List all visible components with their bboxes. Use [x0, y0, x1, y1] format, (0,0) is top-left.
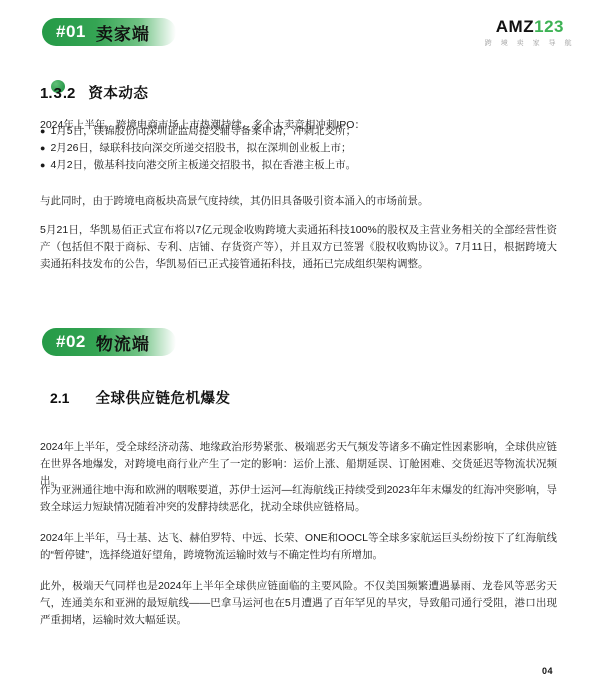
seller-paragraph: 与此同时，由于跨境电商板块高景气度持续，其仍旧具备吸引资本涌入的市场前景。 — [40, 193, 557, 210]
logistics-paragraph: 此外，极端天气同样也是2024年上半年全球供应链面临的主要风险。不仅美国频繁遭遇… — [40, 578, 557, 629]
bullet-icon: ● — [40, 123, 45, 140]
section-title: 全球供应链危机爆发 — [95, 387, 230, 408]
page-number: 04 — [542, 666, 553, 676]
page-header: #01 卖家端 AMZ123 跨 境 卖 家 导 航 — [42, 18, 575, 47]
chapter-number: #01 — [56, 22, 86, 42]
section-number-highlight: 3 — [53, 85, 63, 102]
chapter-label: 卖家端 — [96, 20, 150, 45]
logistics-paragraph: 2024年上半年，马士基、达飞、赫伯罗特、中远、长荣、ONE和OOCL等全球多家… — [40, 530, 557, 564]
section-title: 资本动态 — [88, 82, 148, 103]
chapter-badge-logistics-row: #02 物流端 — [42, 328, 176, 356]
section-number: 2.1 — [46, 386, 73, 408]
logo-tagline: 跨 境 卖 家 导 航 — [485, 40, 575, 47]
chapter-number: #02 — [56, 332, 86, 352]
section-number-text: 2.1 — [50, 390, 69, 406]
section-number-right: .2 — [63, 85, 76, 102]
logo-suffix: 123 — [534, 17, 564, 36]
list-item-text: 2月26日，绿联科技向深交所递交招股书，拟在深圳创业板上市； — [50, 140, 351, 157]
logistics-paragraph: 作为亚洲通往地中海和欧洲的咽喉要道，苏伊士运河—红海航线正持续受到2023年年末… — [40, 482, 557, 516]
chapter-badge-logistics: #02 物流端 — [42, 328, 176, 356]
list-item: ● 1月5日，镁锦股份向深圳证监局提交辅导备案申请，冲刺北交所； — [40, 123, 557, 140]
list-item: ● 2月26日，绿联科技向深交所递交招股书，拟在深圳创业板上市； — [40, 140, 557, 157]
list-item-text: 1月5日，镁锦股份向深圳证监局提交辅导备案申请，冲刺北交所； — [50, 123, 356, 140]
ipo-bullet-list: ● 1月5日，镁锦股份向深圳证监局提交辅导备案申请，冲刺北交所； ● 2月26日… — [40, 123, 557, 174]
section-heading-supply-chain: 2.1 全球供应链危机爆发 — [46, 386, 230, 408]
logo-prefix: AMZ — [496, 17, 534, 36]
chapter-label: 物流端 — [96, 330, 150, 355]
section-heading-capital: 1.3.2 资本动态 — [40, 82, 148, 103]
list-item-text: 4月2日，傲基科技向港交所主板递交招股书，拟在香港主板上市。 — [50, 157, 356, 174]
logo-wordmark: AMZ123 — [496, 18, 564, 35]
report-page: #01 卖家端 AMZ123 跨 境 卖 家 导 航 1.3.2 资本动态 20… — [0, 0, 595, 694]
bullet-icon: ● — [40, 157, 45, 174]
section-number: 1.3.2 — [40, 85, 75, 102]
bullet-icon: ● — [40, 140, 45, 157]
list-item: ● 4月2日，傲基科技向港交所主板递交招股书，拟在香港主板上市。 — [40, 157, 557, 174]
amz123-logo: AMZ123 跨 境 卖 家 导 航 — [485, 18, 575, 47]
seller-paragraph: 5月21日，华凯易佰正式宣布将以7亿元现金收购跨境大卖通拓科技100%的股权及主… — [40, 222, 557, 273]
chapter-badge-seller: #01 卖家端 — [42, 18, 176, 46]
